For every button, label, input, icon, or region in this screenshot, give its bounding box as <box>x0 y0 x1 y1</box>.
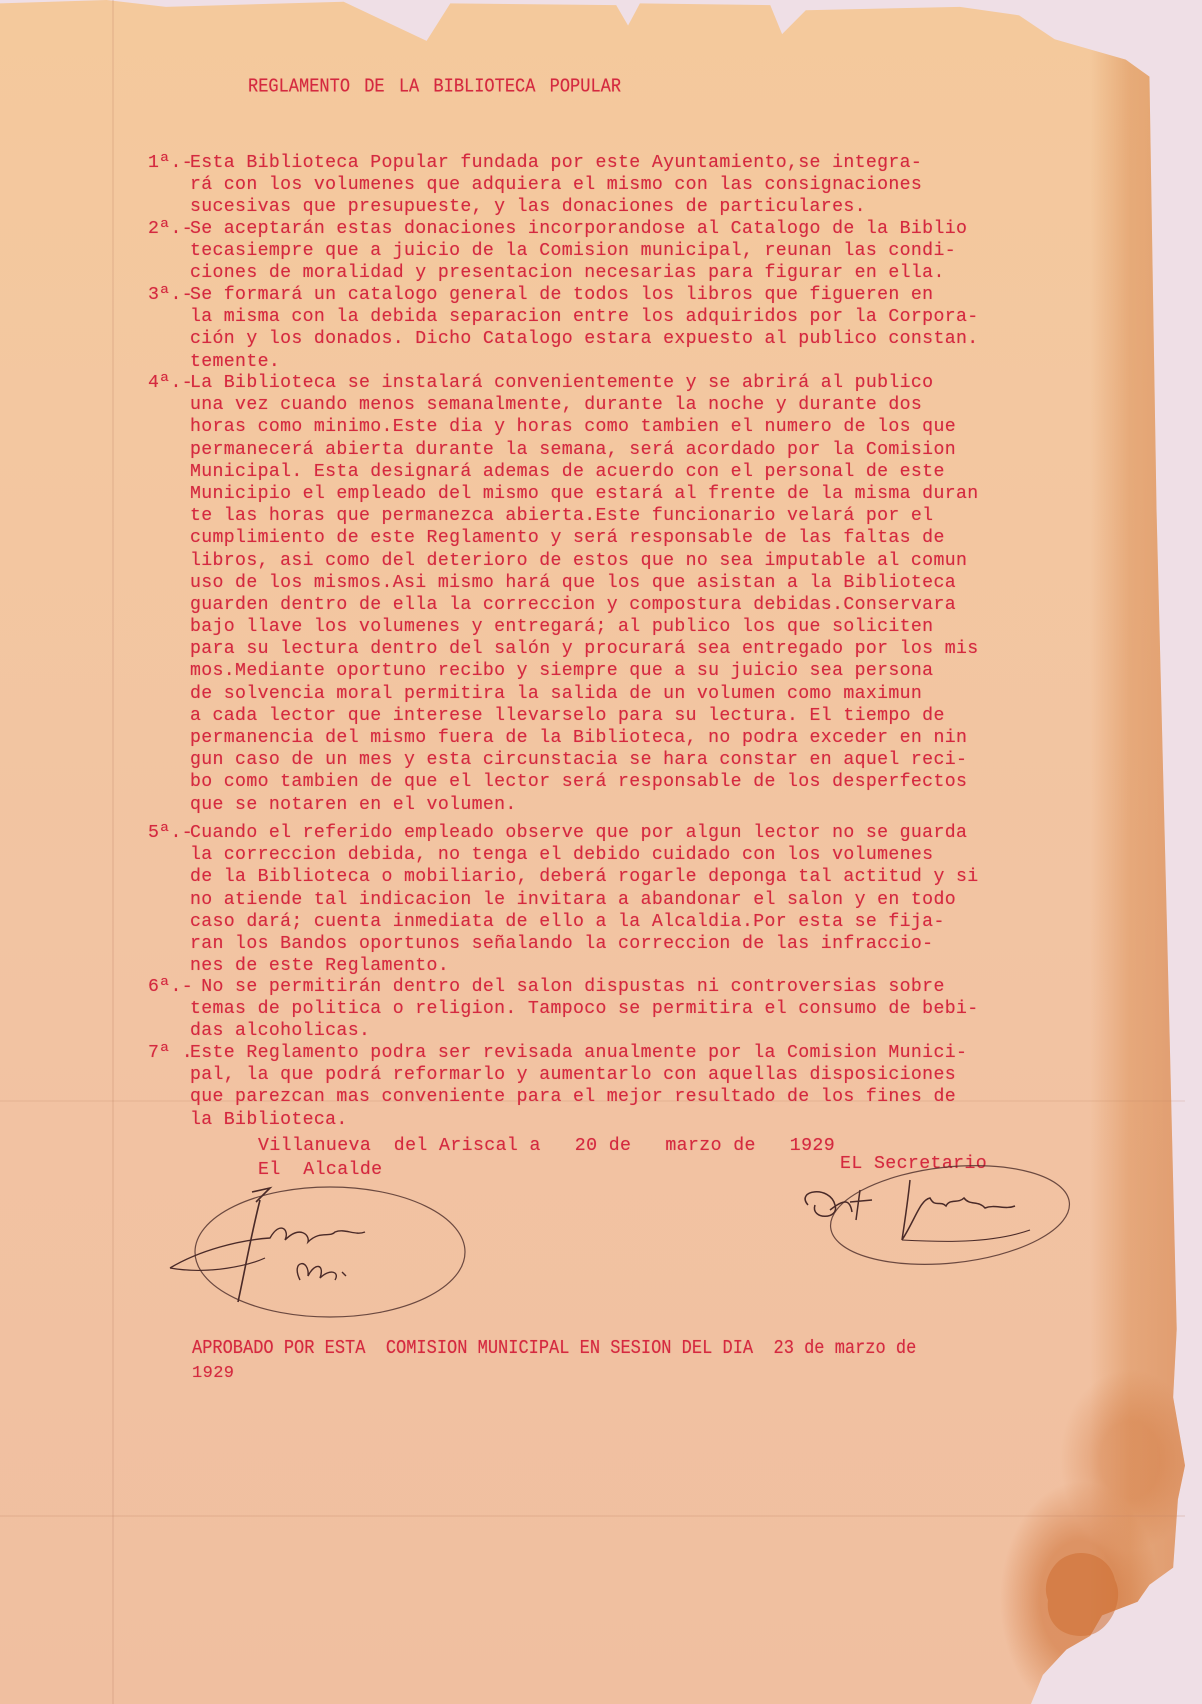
article-line: ción y los donados. Dicho Catalogo estar… <box>148 328 1138 350</box>
article-1: 1ª.-Esta Biblioteca Popular fundada por … <box>148 152 1138 219</box>
article-line: temas de politica o religion. Tampoco se… <box>148 998 1138 1020</box>
article-line: 2ª.-Se aceptarán estas donaciones incorp… <box>148 218 1138 240</box>
signatory-title-mayor: El Alcalde <box>258 1160 382 1180</box>
article-line: permanencia del mismo fuera de la Biblio… <box>148 727 1138 749</box>
article-line: no atiende tal indicacion le invitara a … <box>148 889 1138 911</box>
paper-fold-vertical <box>112 0 114 1704</box>
article-line: la correccion debida, no tenga el debido… <box>148 844 1138 866</box>
article-line: la misma con la debida separacion entre … <box>148 306 1138 328</box>
article-line: uso de los mismos.Asi mismo hará que los… <box>148 572 1138 594</box>
article-number: 1ª.- <box>148 152 190 174</box>
article-line: pal, la que podrá reformarlo y aumentarl… <box>148 1064 1138 1086</box>
article-line: temente. <box>148 351 1138 373</box>
article-line: Municipio el empleado del mismo que esta… <box>148 483 1138 505</box>
article-line: gun caso de un mes y esta circunstacia s… <box>148 749 1138 771</box>
mayor-signature-icon <box>160 1180 480 1320</box>
article-4: 4ª.-La Biblioteca se instalará convenien… <box>148 372 1138 816</box>
approval-statement: APROBADO POR ESTA COMISION MUNICIPAL EN … <box>192 1338 916 1360</box>
article-line: tecasiempre que a juicio de la Comision … <box>148 240 1138 262</box>
article-line: ran los Bandos oportunos señalando la co… <box>148 933 1138 955</box>
article-line: das alcoholicas. <box>148 1020 1138 1042</box>
article-6: 6ª.- No se permitirán dentro del salon d… <box>148 976 1138 1043</box>
article-3: 3ª.-Se formará un catalogo general de to… <box>148 284 1138 373</box>
article-line: mos.Mediante oportuno recibo y siempre q… <box>148 660 1138 682</box>
photo-background: REGLAMENTO DE LA BIBLIOTECA POPULAR 1ª.-… <box>0 0 1202 1704</box>
article-line: guarden dentro de ella la correccion y c… <box>148 594 1138 616</box>
article-line: horas como minimo.Este dia y horas como … <box>148 416 1138 438</box>
article-line: 7ª .Este Reglamento podra ser revisada a… <box>148 1042 1138 1064</box>
article-line: bajo llave los volumenes y entregará; al… <box>148 616 1138 638</box>
article-line: Municipal. Esta designará ademas de acue… <box>148 461 1138 483</box>
article-line: 3ª.-Se formará un catalogo general de to… <box>148 284 1138 306</box>
article-line: permanecerá abierta durante la semana, s… <box>148 439 1138 461</box>
article-line: 6ª.- No se permitirán dentro del salon d… <box>148 976 1138 998</box>
article-line: a cada lector que interese llevarselo pa… <box>148 705 1138 727</box>
article-line: nes de este Reglamento. <box>148 955 1138 977</box>
article-line: bo como tambien de que el lector será re… <box>148 771 1138 793</box>
article-line: 5ª.-Cuando el referido empleado observe … <box>148 822 1138 844</box>
article-line: de la Biblioteca o mobiliario, deberá ro… <box>148 866 1138 888</box>
document-title: REGLAMENTO DE LA BIBLIOTECA POPULAR <box>248 77 621 99</box>
article-line: cumplimiento de este Reglamento y será r… <box>148 527 1138 549</box>
secretary-signature-icon <box>790 1160 1100 1280</box>
article-2: 2ª.-Se aceptarán estas donaciones incorp… <box>148 218 1138 285</box>
article-line: que se notaren en el volumen. <box>148 794 1138 816</box>
article-line: la Biblioteca. <box>148 1109 1138 1131</box>
article-line: para su lectura dentro del salón y procu… <box>148 638 1138 660</box>
article-number: 6ª.- <box>148 976 190 998</box>
article-number: 5ª.- <box>148 822 190 844</box>
article-line: ciones de moralidad y presentacion neces… <box>148 262 1138 284</box>
article-line: caso dará; cuenta inmediata de ello a la… <box>148 911 1138 933</box>
article-line: que parezcan mas conveniente para el mej… <box>148 1086 1138 1108</box>
approval-year: 1929 <box>192 1364 234 1383</box>
article-number: 7ª . <box>148 1042 190 1064</box>
water-stain-icon <box>1020 1540 1140 1660</box>
place-date: Villanueva del Ariscal a 20 de marzo de … <box>258 1136 835 1156</box>
article-line: de solvencia moral permitira la salida d… <box>148 683 1138 705</box>
article-line: 4ª.-La Biblioteca se instalará convenien… <box>148 372 1138 394</box>
article-line: 1ª.-Esta Biblioteca Popular fundada por … <box>148 152 1138 174</box>
article-5: 5ª.-Cuando el referido empleado observe … <box>148 822 1138 977</box>
article-line: una vez cuando menos semanalmente, duran… <box>148 394 1138 416</box>
article-line: rá con los volumenes que adquiera el mis… <box>148 174 1138 196</box>
article-line: libros, asi como del deterioro de estos … <box>148 550 1138 572</box>
article-number: 2ª.- <box>148 218 190 240</box>
article-number: 3ª.- <box>148 284 190 306</box>
article-7: 7ª .Este Reglamento podra ser revisada a… <box>148 1042 1138 1131</box>
article-line: sucesivas que presupueste, y las donacio… <box>148 196 1138 218</box>
paper-fold-horizontal <box>0 1515 1185 1517</box>
article-number: 4ª.- <box>148 372 190 394</box>
article-line: te las horas que permanezca abierta.Este… <box>148 505 1138 527</box>
